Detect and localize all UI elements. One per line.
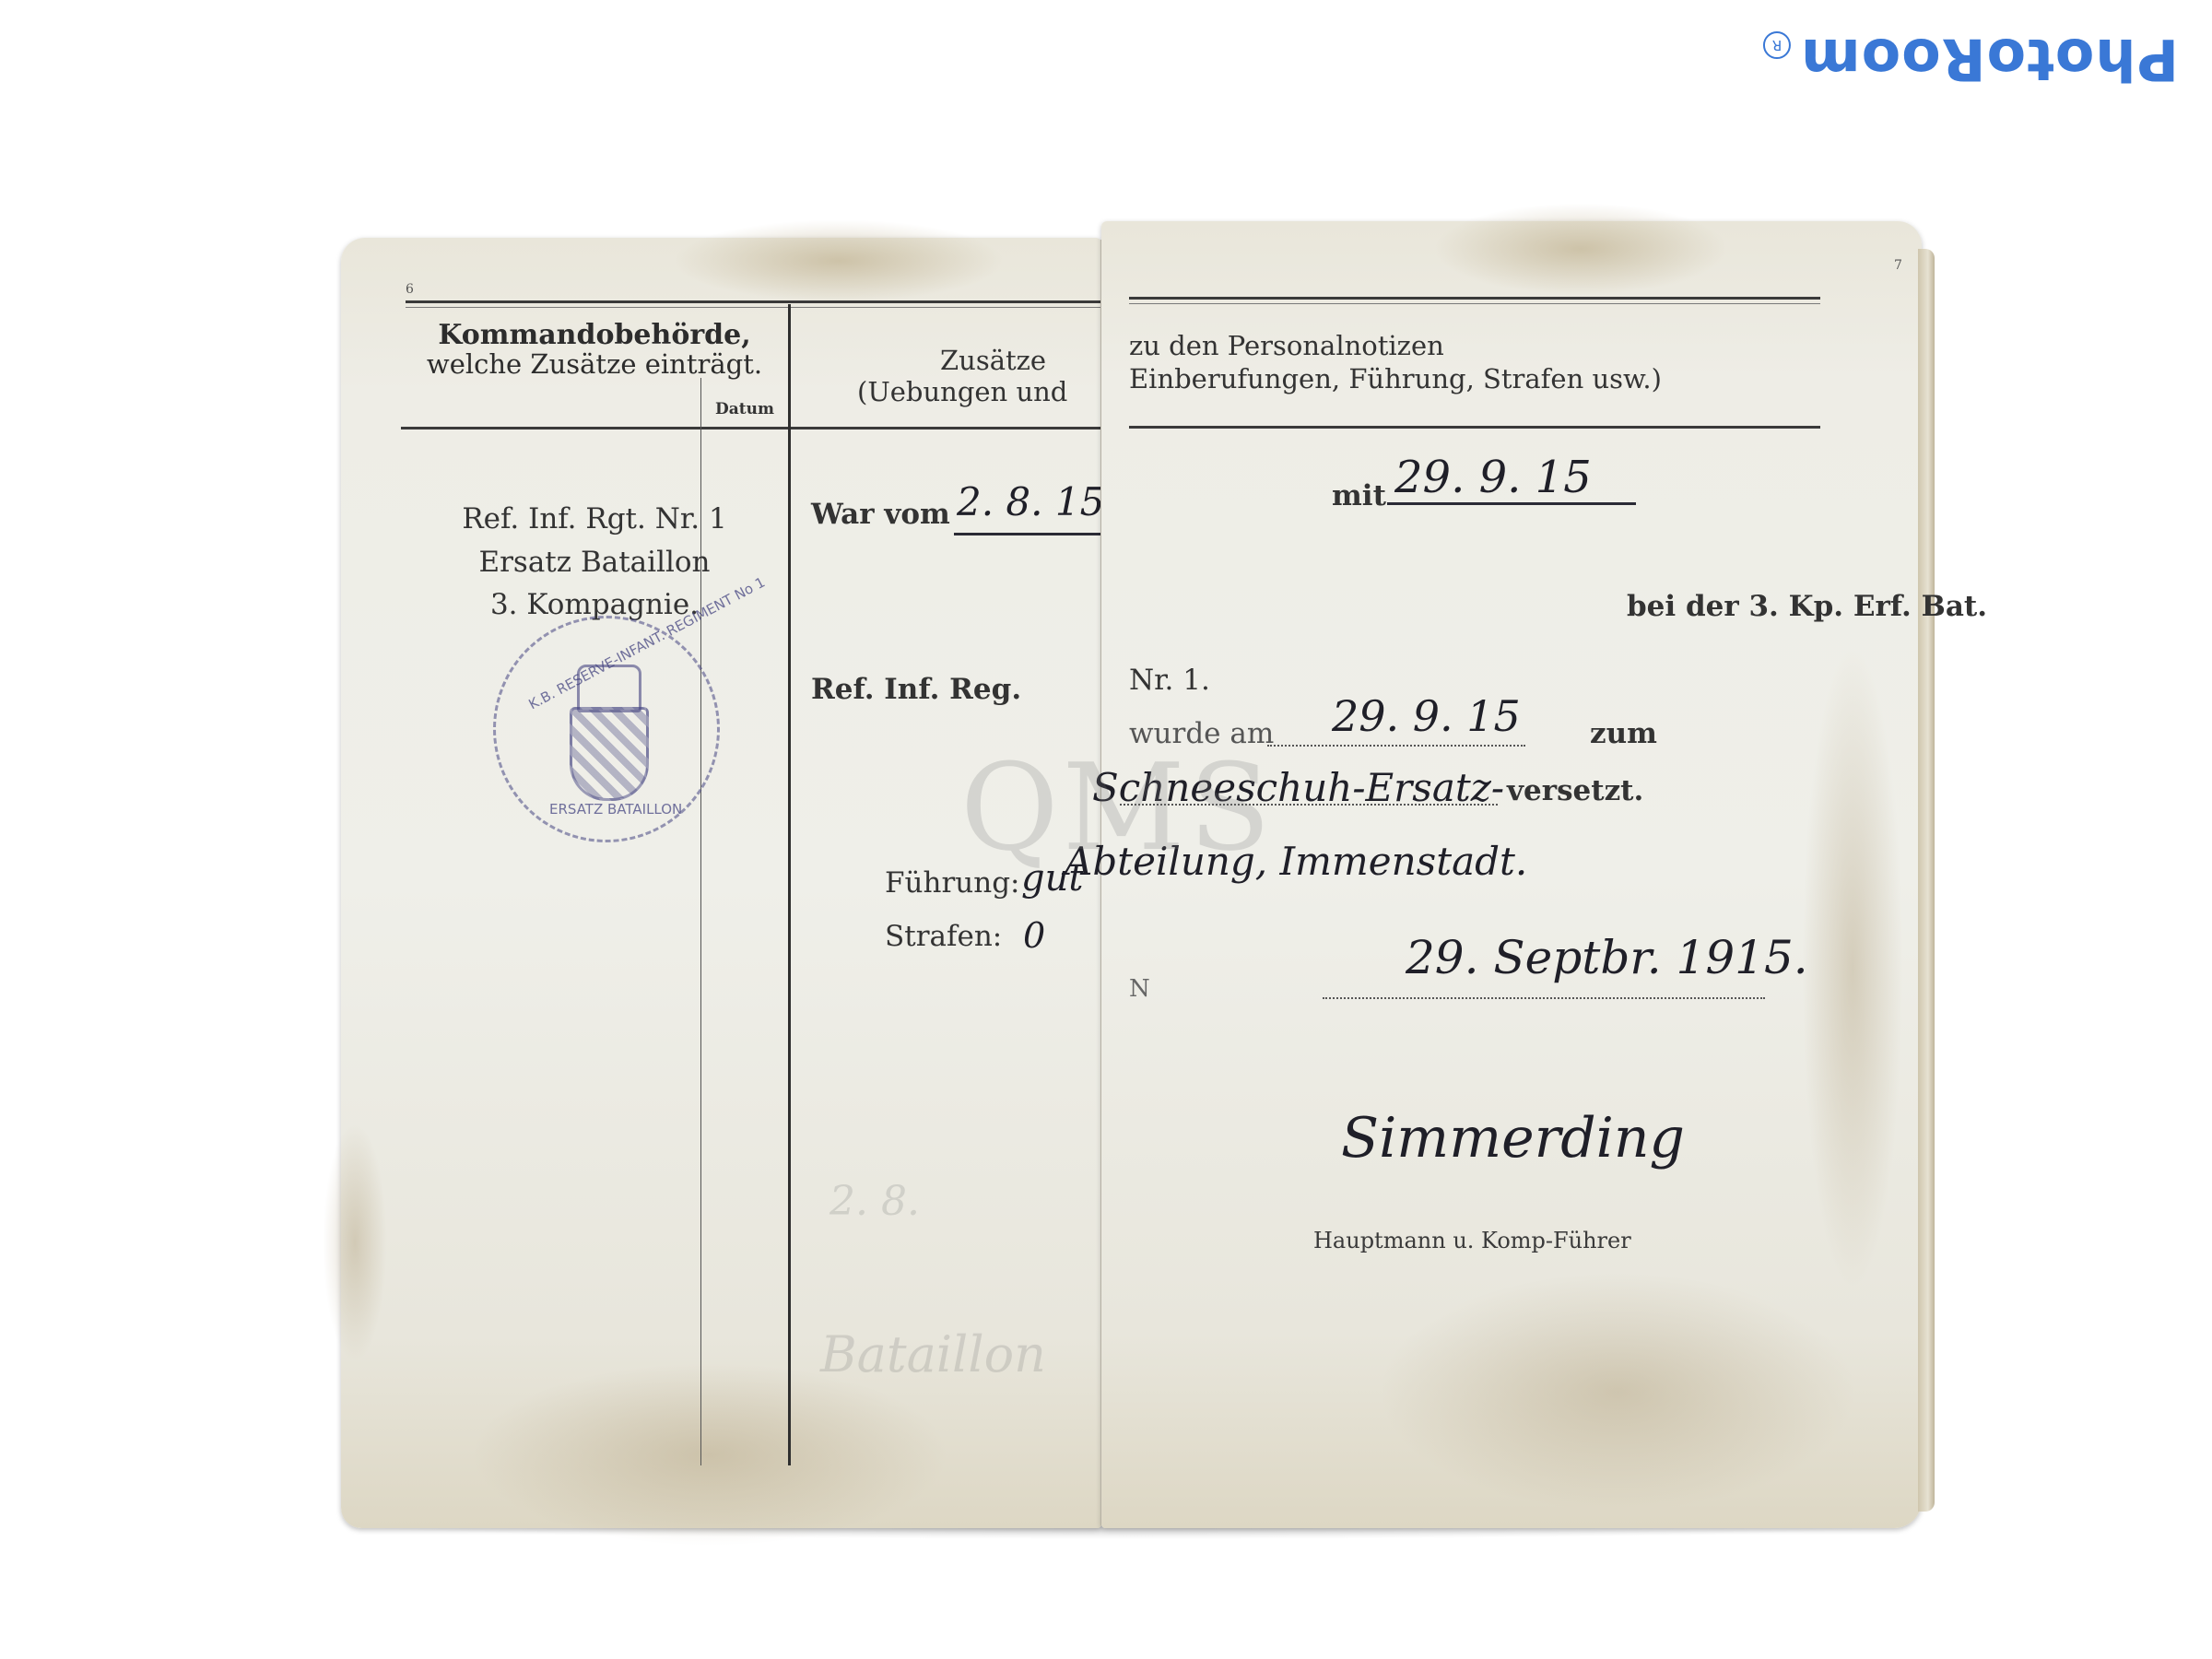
bei-der-unit: bei der 3. Kp. Erf. Bat. xyxy=(1627,590,1987,623)
bleed-through-text: Bataillon xyxy=(820,1325,1046,1383)
date-signed: 29. Septbr. 1915. xyxy=(1406,931,1808,984)
war-vom-label: War vom xyxy=(811,498,950,531)
page-number: 6 xyxy=(406,282,414,297)
water-stain xyxy=(673,219,1005,302)
wurde-am-dotline xyxy=(1267,745,1525,747)
place-prefix: N xyxy=(1129,975,1150,1003)
main-column-divider xyxy=(788,304,791,1465)
photoroom-logo: PhotoRoom R xyxy=(1763,26,2179,93)
strafen-label: Strafen: xyxy=(885,920,1002,953)
left-page: 6 Kommandobehörde, welche Zusätze einträ… xyxy=(341,238,1101,1528)
header-einberufungen: Einberufungen, Führung, Strafen usw.) xyxy=(1129,363,1662,394)
water-stain xyxy=(1433,203,1728,295)
war-vom-underline xyxy=(954,533,1101,535)
stamp-inner-text: ERSATZ BATAILLON xyxy=(549,801,682,818)
header-bottom-rule xyxy=(1129,426,1820,429)
logo-text: PhotoRoom xyxy=(1800,26,2179,93)
bleed-through-text: 2. 8. xyxy=(829,1178,920,1225)
signature: Simmerding xyxy=(1341,1106,1685,1171)
registered-mark-icon: R xyxy=(1763,31,1791,59)
header-top-rule xyxy=(1129,297,1820,300)
signatory-title: Hauptmann u. Komp-Führer xyxy=(1313,1228,1631,1253)
regiment-stamp: K.B. RESERVE-INFANT. REGIMENT No 1 ERSAT… xyxy=(493,616,720,842)
header-zusaetze: Zusätze xyxy=(940,345,1046,376)
versetzt-label: versetzt. xyxy=(1507,774,1643,807)
nr-label: Nr. 1. xyxy=(1129,664,1210,697)
bavarian-shield-icon xyxy=(570,707,649,801)
header-datum: Datum xyxy=(715,400,774,418)
qms-watermark: QMS xyxy=(960,737,1275,877)
water-stain xyxy=(1802,645,1903,1290)
unit-reg-label: Ref. Inf. Reg. xyxy=(811,673,1021,706)
open-pass-book: 6 Kommandobehörde, welche Zusätze einträ… xyxy=(334,221,1937,1548)
page-number: 7 xyxy=(1894,258,1902,273)
zum-label: zum xyxy=(1590,717,1657,750)
mit-label: mit xyxy=(1332,479,1386,512)
header-uebungen: (Uebungen und xyxy=(857,376,1067,407)
header-top-rule xyxy=(406,300,1106,303)
page-edges xyxy=(1918,249,1935,1512)
mit-underline xyxy=(1387,502,1636,505)
unit-line-1: Ref. Inf. Rgt. Nr. 1 xyxy=(406,498,783,541)
header-kommandobehoerde: Kommandobehörde, welche Zusätze einträgt… xyxy=(406,321,783,378)
water-stain xyxy=(470,1362,949,1547)
water-stain xyxy=(1378,1272,1857,1512)
strafen-value: 0 xyxy=(1023,915,1045,956)
war-vom-value: 2. 8. 15. xyxy=(957,479,1117,524)
date-dotline xyxy=(1323,997,1765,999)
unit-line-2: Ersatz Bataillon xyxy=(406,541,783,584)
wurde-am-value: 29. 9. 15 xyxy=(1332,691,1521,741)
header-bottom-rule xyxy=(401,427,1111,429)
mit-value: 29. 9. 15 xyxy=(1394,452,1592,503)
header-personalnotizen: zu den Personalnotizen xyxy=(1129,330,1444,361)
water-stain xyxy=(323,1123,387,1362)
